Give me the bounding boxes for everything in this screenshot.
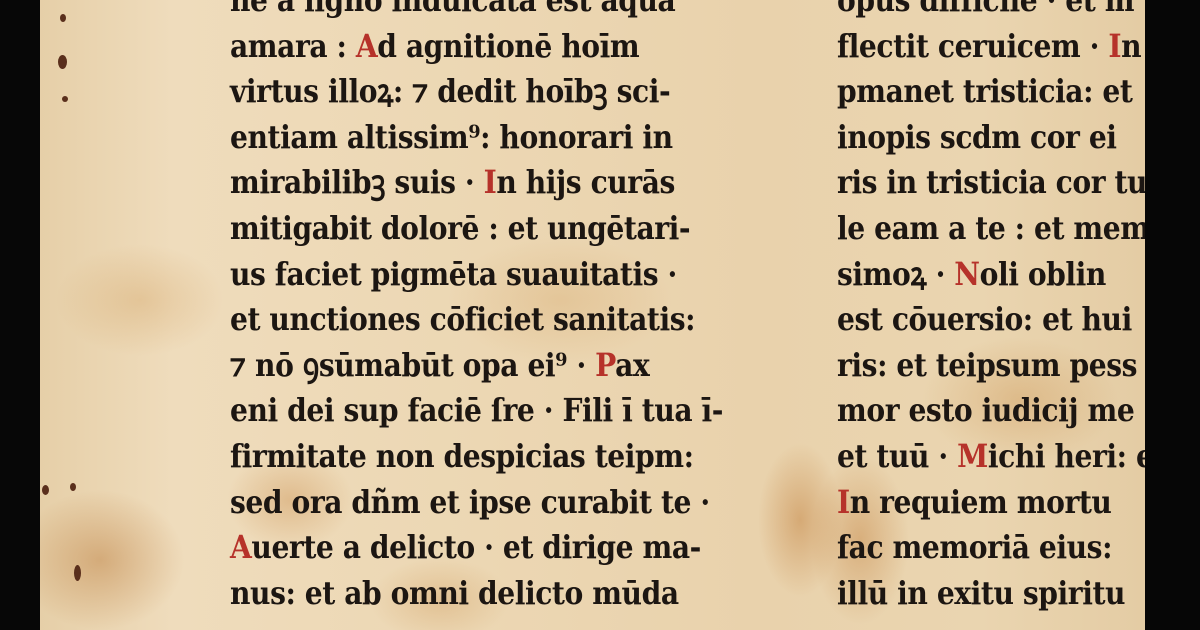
- text-line: ne a ligno indulcata est aqua: [230, 0, 723, 24]
- ink-stain: [60, 14, 66, 22]
- line-text: entiam altissim⁹: honorari in: [230, 118, 673, 156]
- line-text: mor esto iudicij me: [837, 391, 1134, 429]
- text-line: sed ora dñm et ipse curabit te ·: [230, 480, 723, 526]
- rubricated-initial: I: [837, 483, 850, 521]
- ink-stain: [62, 96, 68, 102]
- line-text: ichi heri: e: [988, 437, 1145, 475]
- line-text: fac memoriā eius:: [837, 528, 1112, 566]
- line-text: ne a ligno indulcata est aqua: [230, 0, 675, 19]
- line-text: ax: [615, 346, 649, 384]
- text-line: illū in exitu spiritu: [837, 571, 1145, 617]
- line-text: flectit ceruicem ·: [837, 27, 1108, 65]
- line-text: eni dei sup faciē ſre · Fili ī tua ī-: [230, 391, 723, 429]
- text-line: entiam altissim⁹: honorari in: [230, 115, 723, 161]
- text-line: inopis scdm cor ei: [837, 115, 1145, 161]
- ink-stain: [58, 55, 67, 69]
- line-text: inopis scdm cor ei: [837, 118, 1117, 156]
- rubricated-initial: I: [484, 163, 497, 201]
- line-text: simoꝝ ·: [837, 255, 954, 293]
- line-text: opus difficile · et m: [837, 0, 1134, 19]
- text-line: et tuū · Michi heri: e: [837, 434, 1145, 480]
- text-line: Auerte a delicto · et dirige ma-: [230, 525, 723, 571]
- text-line: ris: et teipsum pess: [837, 343, 1145, 389]
- text-line: amara : Ad agnitionē hoīm: [230, 24, 723, 70]
- text-line: simoꝝ · Noli oblin: [837, 252, 1145, 298]
- line-text: amara :: [230, 27, 356, 65]
- text-line: virtus illoꝝ: ⁊ dedit hoībꝫ sci-: [230, 69, 723, 115]
- right-text-column: opus difficile · et m flectit ceruicem ·…: [837, 0, 1145, 616]
- line-text: ris: et teipsum pess: [837, 346, 1137, 384]
- line-text: d agnitionē hoīm: [377, 27, 639, 65]
- text-line: pmanet tristicia: et: [837, 69, 1145, 115]
- line-text: le eam a te : et mem: [837, 209, 1145, 247]
- ink-stain: [74, 565, 81, 581]
- line-text: sed ora dñm et ipse curabit te ·: [230, 483, 710, 521]
- line-text: mirabilibꝫ suis ·: [230, 163, 484, 201]
- line-text: mitigabit dolorē : et ungētari-: [230, 209, 690, 247]
- line-text: et tuū ·: [837, 437, 957, 475]
- line-text: n requiem mortu: [850, 483, 1112, 521]
- line-text: illū in exitu spiritu: [837, 574, 1125, 612]
- left-text-column: ne a ligno indulcata est aqua amara : Ad…: [230, 0, 723, 616]
- line-text: pmanet tristicia: et: [837, 72, 1132, 110]
- ink-stain: [42, 485, 49, 495]
- rubricated-initial: N: [954, 255, 979, 293]
- text-line: eni dei sup faciē ſre · Fili ī tua ī-: [230, 388, 723, 434]
- line-text: uerte a delicto · et dirige ma-: [251, 528, 701, 566]
- rubricated-initial: A: [230, 528, 251, 566]
- rubricated-initial: A: [356, 27, 377, 65]
- text-line: fac memoriā eius:: [837, 525, 1145, 571]
- parchment-page: ne a ligno indulcata est aqua amara : Ad…: [40, 0, 1145, 630]
- text-line: mitigabit dolorē : et ungētari-: [230, 206, 723, 252]
- dark-background-edge: [1145, 0, 1200, 630]
- text-line: mor esto iudicij me: [837, 388, 1145, 434]
- line-text: virtus illoꝝ: ⁊ dedit hoībꝫ sci-: [230, 72, 670, 110]
- rubricated-initial: M: [957, 437, 988, 475]
- line-text: et unctiones cōficiet sanitatis:: [230, 300, 695, 338]
- line-text: n a: [1121, 27, 1145, 65]
- line-text: ris in tristicia cor tu: [837, 163, 1145, 201]
- text-line: ris in tristicia cor tu: [837, 160, 1145, 206]
- text-line: le eam a te : et mem: [837, 206, 1145, 252]
- text-line: flectit ceruicem · In a: [837, 24, 1145, 70]
- text-line: nus: et ab omni delicto mūda: [230, 571, 723, 617]
- line-text: firmitate non despicias teipm:: [230, 437, 694, 475]
- line-text: ⁊ nō ꝯsūmabūt opa ei⁹ ·: [230, 346, 595, 384]
- line-text: n hijs curās: [496, 163, 675, 201]
- line-text: est cōuersio: et hui: [837, 300, 1132, 338]
- text-line: est cōuersio: et hui: [837, 297, 1145, 343]
- text-line: us faciet pigmēta suauitatis ·: [230, 252, 723, 298]
- text-line: mirabilibꝫ suis · In hijs curās: [230, 160, 723, 206]
- text-line: opus difficile · et m: [837, 0, 1145, 24]
- text-line: et unctiones cōficiet sanitatis:: [230, 297, 723, 343]
- text-line: firmitate non despicias teipm:: [230, 434, 723, 480]
- rubricated-initial: P: [595, 346, 615, 384]
- line-text: nus: et ab omni delicto mūda: [230, 574, 679, 612]
- line-text: oli oblin: [980, 255, 1106, 293]
- line-text: us faciet pigmēta suauitatis ·: [230, 255, 677, 293]
- rubricated-initial: I: [1108, 27, 1121, 65]
- text-line: In requiem mortu: [837, 480, 1145, 526]
- text-line: ⁊ nō ꝯsūmabūt opa ei⁹ · Pax: [230, 343, 723, 389]
- ink-stain: [70, 483, 76, 491]
